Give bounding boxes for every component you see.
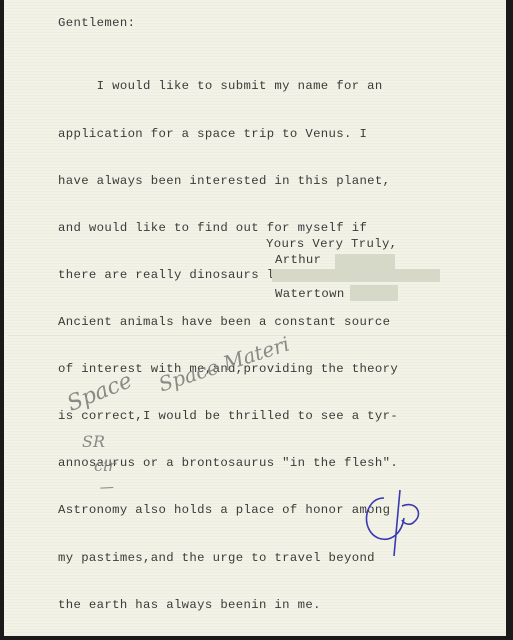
body-line: have always been interested in this plan… [58,174,398,190]
body-line: I would like to submit my name for an [58,79,398,95]
letter-body: I would like to submit my name for an ap… [58,48,398,640]
redacted-address [272,269,440,282]
redacted-state [350,285,398,301]
signer-name: Arthur [275,253,321,269]
ink-initials [354,480,434,560]
body-line: my pastimes,and the urge to travel beyon… [58,551,398,567]
pencil-note-sr: SR [82,432,105,451]
pencil-note-cir: cir [94,456,116,475]
body-line: and would like to find out for myself if [58,221,398,237]
letter-page: Gentlemen: I would like to submit my nam… [4,0,506,636]
body-line: the earth has always beenin in me. [58,598,398,614]
body-line: Astronomy also holds a place of honor am… [58,503,398,519]
redacted-surname [335,254,395,270]
salutation: Gentlemen: [58,16,135,32]
body-line: application for a space trip to Venus. I [58,127,398,143]
body-line: Ancient animals have been a constant sou… [58,315,398,331]
body-line: is correct,I would be thrilled to see a … [58,409,398,425]
closing: Yours Very Truly, [266,237,397,253]
